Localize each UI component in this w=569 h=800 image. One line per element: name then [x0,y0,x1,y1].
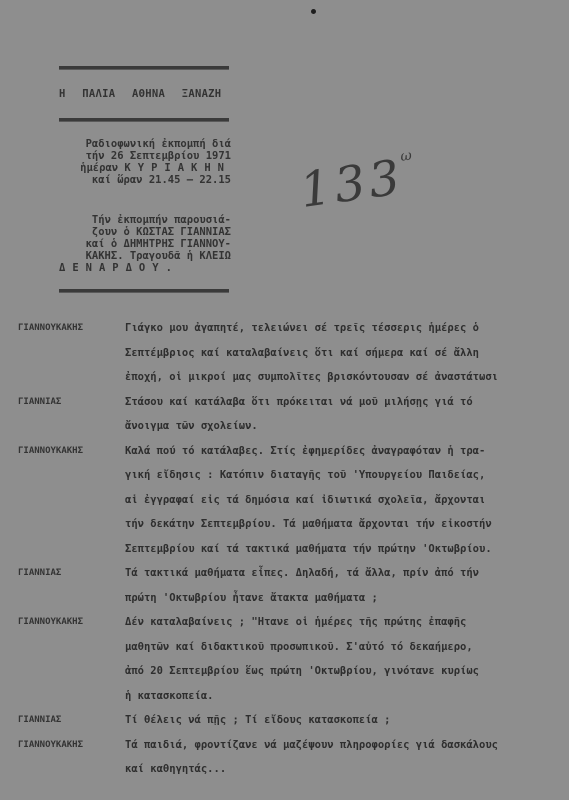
dialogue-line: γική εἴδησις : Κατόπιν διαταγῆς τοῦ 'Υπο… [125,463,565,488]
dialogue-line: Σεπτέμβριος καί καταλαβαίνεις ὅτι καί σή… [125,341,565,366]
dialogue-line: ἀπό 20 Σεπτεμβρίου ἕως πρώτη 'Οκτωβρίου,… [125,659,565,684]
dialogue-line: Τά τακτικά μαθήματα εἶπες. Δηλαδή, τά ἄλ… [125,561,565,586]
handwritten-mark: ω [399,147,416,165]
typewritten-script-page: Η ΠΑΛΙΑ ΑΘΗΝΑ ΞΑΝΑΖΗ Ραδιοφωνική ἐκπομπή… [0,0,569,800]
presenters-line: καί ὁ ΔΗΜΗΤΡΗΣ ΓΙΑΝΝΟΥ- [59,238,231,250]
speaker-name: ΓΙΑΝΝΙΑΣ [18,708,118,733]
dialogue-line: αἱ ἐγγραφαί εἰς τά δημόσια καί ἰδιωτικά … [125,488,565,513]
speaker-name: ΓΙΑΝΝΟΥΚΑΚΗΣ [18,733,118,758]
speaker-name: ΓΙΑΝΝΟΥΚΑΚΗΣ [18,439,118,464]
presenters-line: Τήν ἐκπομπήν παρουσιά- [59,214,231,226]
divider-rule-bottom [59,289,229,293]
dialogue-line: πρώτη 'Οκτωβρίου ἦτανε ἄτακτα μαθήματα ; [125,586,565,611]
dialogue-line: Τά παιδιά, φροντίζανε νά μαζέψουν πληροφ… [125,733,565,758]
program-title: Η ΠΑΛΙΑ ΑΘΗΝΑ ΞΑΝΑΖΗ [59,88,231,100]
dialogue-line: ἡ κατασκοπεία. [125,684,565,709]
broadcast-day: ΚΥΡΙΑΚΗΝ [124,162,231,174]
presenters-line: ζουν ὁ ΚΩΣΤΑΣ ΓΙΑΝΝΙΑΣ [59,226,231,238]
divider-rule-middle [59,118,229,122]
dialogue-turn: ΓΙΑΝΝΙΑΣ Στάσου καί κατάλαβα ὅτι πρόκειτ… [0,390,569,439]
speaker-name: ΓΙΑΝΝΟΥΚΑΚΗΣ [18,610,118,635]
singer-surname: ΔΕΝΑΡΔΟΥ. [59,262,231,274]
dialogue-turn: ΓΙΑΝΝΙΑΣ Τά τακτικά μαθήματα εἶπες. Δηλα… [0,561,569,610]
dialogue-line: τήν δεκάτην Σεπτεμβρίου. Τά μαθήματα ἄρχ… [125,512,565,537]
dialogue: ΓΙΑΝΝΟΥΚΑΚΗΣ Γιάγκο μου ἀγαπητέ, τελειών… [0,316,569,782]
dialogue-line: ἐποχή, οἱ μικροί μας συμπολῖτες βρισκόντ… [125,365,565,390]
dialogue-line: Δέν καταλαβαίνεις ; "Ητανε οἱ ἡμέρες τῆς… [125,610,565,635]
broadcast-info-line: τήν 26 Σεπτεμβρίου 1971 [59,150,231,162]
dialogue-line: ἄνοιγμα τῶν σχολείων. [125,414,565,439]
broadcast-info-line: καί ὥραν 21.45 – 22.15 [59,174,231,186]
dialogue-turn: ΓΙΑΝΝΟΥΚΑΚΗΣ Τά παιδιά, φροντίζανε νά μα… [0,733,569,782]
presenters-info: Τήν ἐκπομπήν παρουσιά- ζουν ὁ ΚΩΣΤΑΣ ΓΙΑ… [59,214,231,274]
dialogue-line: Στάσου καί κατάλαβα ὅτι πρόκειται νά μοῦ… [125,390,565,415]
speaker-name: ΓΙΑΝΝΟΥΚΑΚΗΣ [18,316,118,341]
dialogue-turn: ΓΙΑΝΝΙΑΣ Τί θέλεις νά πῇς ; Τί εἴδους κα… [0,708,569,733]
divider-rule-top [59,66,229,70]
dialogue-line: μαθητῶν καί διδακτικοῦ προσωπικοῦ. Σ'αὐτ… [125,635,565,660]
speaker-name: ΓΙΑΝΝΙΑΣ [18,390,118,415]
dialogue-line: καί καθηγητάς... [125,757,565,782]
speaker-name: ΓΙΑΝΝΙΑΣ [18,561,118,586]
dialogue-line: Γιάγκο μου ἀγαπητέ, τελειώνει σέ τρεῖς τ… [125,316,565,341]
broadcast-info-line: Ραδιοφωνική ἐκπομπή διά [59,138,231,150]
dialogue-line: Σεπτεμβρίου καί τά τακτικά μαθήματα τήν … [125,537,565,562]
dialogue-turn: ΓΙΑΝΝΟΥΚΑΚΗΣ Καλά πού τό κατάλαβες. Στίς… [0,439,569,562]
handwritten-page-number: 133ω [297,147,423,219]
broadcast-info-line: ἡμέραν ΚΥΡΙΑΚΗΝ [59,162,231,174]
dialogue-turn: ΓΙΑΝΝΟΥΚΑΚΗΣ Δέν καταλαβαίνεις ; "Ητανε … [0,610,569,708]
presenters-line: ΚΑΚΗΣ. Τραγουδᾶ ἡ ΚΛΕΙΩ [59,250,231,262]
broadcast-info: Ραδιοφωνική ἐκπομπή διά τήν 26 Σεπτεμβρί… [59,138,231,186]
dialogue-line: Τί θέλεις νά πῇς ; Τί εἴδους κατασκοπεία… [125,708,565,733]
ink-speck [311,9,316,14]
dialogue-line: Καλά πού τό κατάλαβες. Στίς ἐφημερίδες ἀ… [125,439,565,464]
dialogue-turn: ΓΙΑΝΝΟΥΚΑΚΗΣ Γιάγκο μου ἀγαπητέ, τελειών… [0,316,569,390]
